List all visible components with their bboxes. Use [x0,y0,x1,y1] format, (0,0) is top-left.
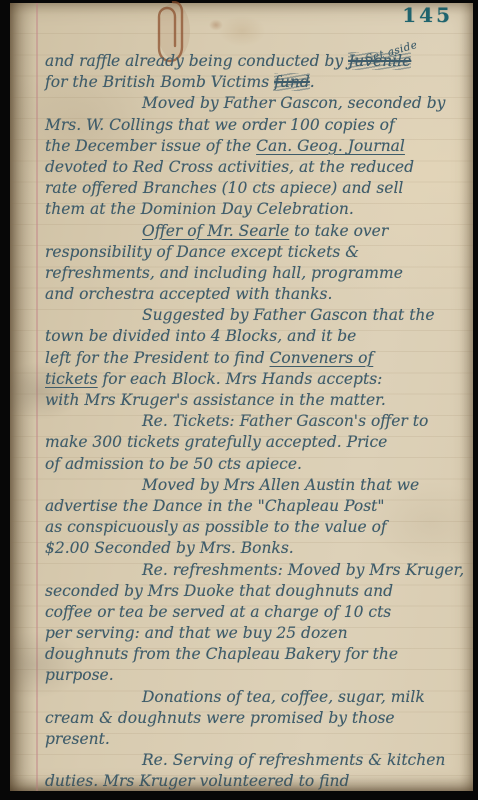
document-page: 145 and raffle already being conducted b… [10,3,473,791]
handwritten-text: them at the Dominion Day Celebration. [45,200,354,218]
handwritten-line: Donations of tea, coffee, sugar, milk [10,687,473,708]
handwritten-text: Re. Serving of refreshments & kitchen [142,751,445,769]
handwritten-text: responsibility of Dance except tickets & [45,243,359,261]
handwritten-line: doughnuts from the Chapleau Bakery for t… [10,644,473,665]
handwritten-line: refreshments, and including hall, progra… [10,263,473,284]
handwritten-line: purpose. [10,665,473,686]
handwritten-text: for the British Bomb Victims [45,73,274,91]
handwritten-text: Re. Tickets: Father Gascon's offer to [142,412,428,430]
handwritten-text: rate offered Branches (10 cts apiece) an… [45,179,403,197]
handwritten-text: doughnuts from the Chapleau Bakery for t… [45,645,398,663]
handwritten-text: and orchestra accepted with thanks. [45,285,332,303]
handwritten-line: Mrs. W. Collings that we order 100 copie… [10,115,473,136]
handwritten-line: Moved by Father Gascon, seconded by [10,93,473,114]
handwritten-line: per serving: and that we buy 25 dozen [10,623,473,644]
handwritten-line: $2.00 Seconded by Mrs. Bonks. [10,538,473,559]
handwritten-text: as conspicuously as possible to the valu… [45,518,387,536]
handwritten-line: and raffle already being conducted by Ju… [10,51,473,72]
handwritten-text: and raffle already being conducted by [45,52,348,70]
handwritten-text: advertise the Dance in the "Chapleau Pos… [45,497,385,515]
handwritten-line: coffee or tea be served at a charge of 1… [10,602,473,623]
handwritten-line: Re. Tickets: Father Gascon's offer to [10,411,473,432]
handwritten-text: present. [45,730,110,748]
handwritten-text: devoted to Red Cross activities, at the … [45,158,414,176]
handwritten-text: . [310,73,315,91]
handwritten-line: town be divided into 4 Blocks, and it be [10,326,473,347]
handwritten-line: seconded by Mrs Duoke that doughnuts and [10,581,473,602]
handwritten-text: the December issue of the [45,137,256,155]
handwritten-line: and orchestra accepted with thanks. [10,284,473,305]
handwritten-line: devoted to Red Cross activities, at the … [10,157,473,178]
page-number: 145 [402,3,453,27]
handwritten-line: of admission to be 50 cts apiece. [10,454,473,475]
handwritten-line: with Mrs Kruger's assistance in the matt… [10,390,473,411]
handwritten-text: Mrs. W. Collings that we order 100 copie… [45,116,395,134]
handwritten-line: Re. Serving of refreshments & kitchen [10,750,473,771]
handwritten-line: left for the President to find Conveners… [10,348,473,369]
handwritten-line: them at the Dominion Day Celebration. [10,199,473,220]
handwritten-text: coffee or tea be served at a charge of 1… [45,603,391,621]
handwritten-text: Conveners of [270,349,374,367]
handwritten-line: rate offered Branches (10 cts apiece) an… [10,178,473,199]
handwritten-text: tickets [45,370,98,388]
handwritten-line: responsibility of Dance except tickets & [10,242,473,263]
handwritten-text: Suggested by Father Gascon that the [142,306,435,324]
handwritten-text: refreshments, and including hall, progra… [45,264,403,282]
handwritten-line: duties. Mrs Kruger volunteered to find [10,771,473,792]
handwritten-text: fund [274,73,310,91]
handwritten-line: cream & doughnuts were promised by those [10,708,473,729]
handwritten-text: make 300 tickets gratefully accepted. Pr… [45,433,387,451]
handwritten-text: cream & doughnuts were promised by those [45,709,395,727]
handwritten-line: present. [10,729,473,750]
handwritten-text: per serving: and that we buy 25 dozen [45,624,348,642]
handwritten-text: left for the President to find [45,349,270,367]
handwritten-line: tickets for each Block. Mrs Hands accept… [10,369,473,390]
handwritten-line: advertise the Dance in the "Chapleau Pos… [10,496,473,517]
handwritten-line: the December issue of the Can. Geog. Jou… [10,136,473,157]
handwritten-text: Re. refreshments: Moved by Mrs Kruger, [142,561,464,579]
handwritten-line: for the British Bomb Victims fund. [10,72,473,93]
handwritten-text: Moved by Mrs Allen Austin that we [142,476,419,494]
handwritten-text: purpose. [45,666,114,684]
handwritten-text: seconded by Mrs Duoke that doughnuts and [45,582,393,600]
handwritten-line: Re. refreshments: Moved by Mrs Kruger, [10,560,473,581]
handwritten-text: to take over [289,222,388,240]
handwritten-line: Suggested by Father Gascon that the [10,305,473,326]
handwritten-text: for each Block. Mrs Hands accepts: [98,370,383,388]
handwriting-layer: and raffle already being conducted by Ju… [10,51,473,793]
handwritten-text: with Mrs Kruger's assistance in the matt… [45,391,386,409]
handwritten-text: of admission to be 50 cts apiece. [45,455,302,473]
handwritten-line: Moved by Mrs Allen Austin that we [10,475,473,496]
handwritten-line: as conspicuously as possible to the valu… [10,517,473,538]
handwritten-text: Moved by Father Gascon, seconded by [142,94,445,112]
handwritten-text: Donations of tea, coffee, sugar, milk [142,688,425,706]
handwritten-line: Offer of Mr. Searle to take over [10,221,473,242]
handwritten-text: town be divided into 4 Blocks, and it be [45,327,356,345]
handwritten-text: $2.00 Seconded by Mrs. Bonks. [45,539,294,557]
handwritten-line: make 300 tickets gratefully accepted. Pr… [10,432,473,453]
handwritten-text: Can. Geog. Journal [256,137,405,155]
handwritten-text: duties. Mrs Kruger volunteered to find [45,772,349,790]
handwritten-text: Offer of Mr. Searle [142,222,289,240]
